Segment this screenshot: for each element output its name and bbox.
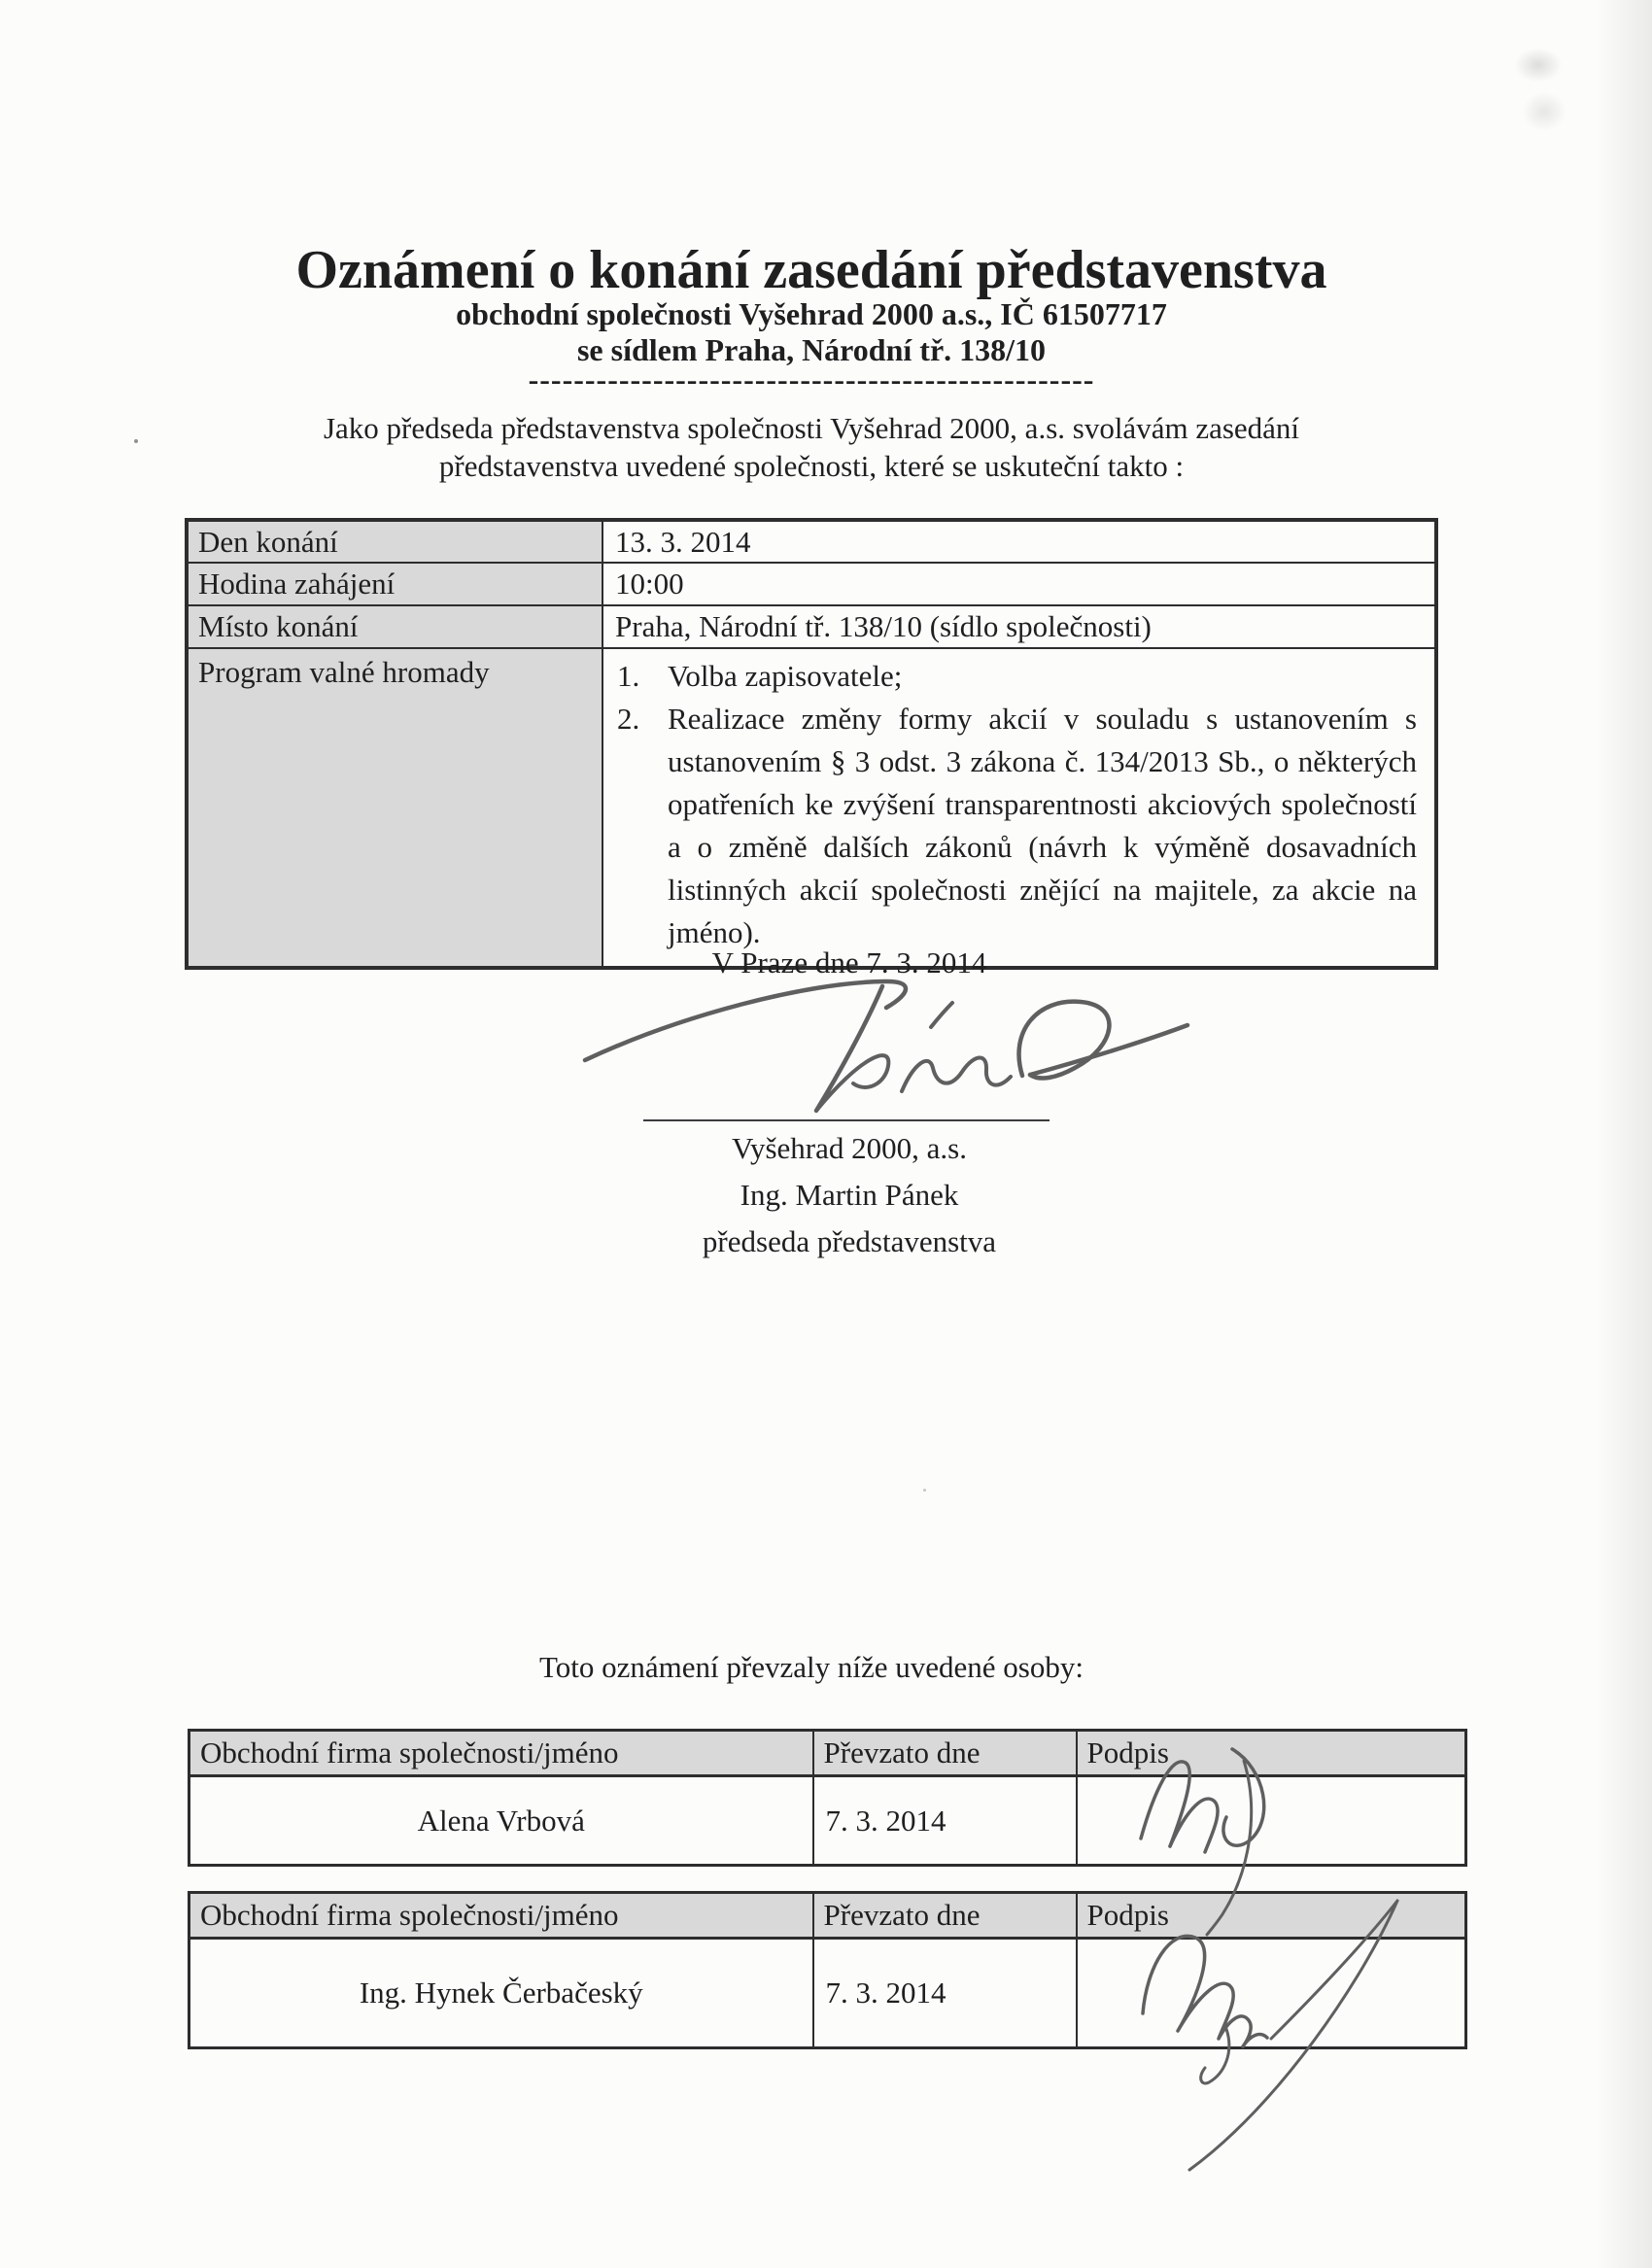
- place-date-line: V Praze dne 7. 3. 2014: [223, 945, 1476, 980]
- receive-date: 7. 3. 2014: [813, 1939, 1077, 2048]
- row-value-time: 10:00: [602, 563, 1436, 605]
- program-item-1: 1. Volba zapisovatele;: [617, 655, 1417, 698]
- document-subtitle-company: obchodní společnosti Vyšehrad 2000 a.s.,…: [185, 296, 1438, 331]
- row-value-place: Praha, Národní tř. 138/10 (sídlo společn…: [602, 605, 1436, 648]
- signature-name: Ing. Martin Pánek: [223, 1178, 1476, 1213]
- signature-cell: [1077, 1776, 1466, 1866]
- scan-smudge: [1512, 84, 1576, 140]
- table-row-time: Hodina zahájení 10:00: [187, 563, 1436, 605]
- col-header-company: Obchodní firma společnosti/jméno: [189, 1893, 813, 1939]
- scanned-document: Oznámení o konání zasedání představenstv…: [0, 0, 1652, 2268]
- col-header-date: Převzato dne: [813, 1893, 1077, 1939]
- receiver-name: Alena Vrbová: [189, 1776, 813, 1866]
- scan-edge-shadow: [1596, 0, 1652, 2268]
- receipts-heading: Toto oznámení převzaly níže uvedené osob…: [185, 1650, 1438, 1685]
- col-header-date: Převzato dne: [813, 1731, 1077, 1776]
- col-header-signature: Podpis: [1077, 1893, 1466, 1939]
- signature-line: [643, 1119, 1050, 1121]
- row-label-day: Den konání: [187, 520, 602, 563]
- signature-company: Vyšehrad 2000, a.s.: [223, 1131, 1476, 1166]
- ink-speck: [134, 439, 138, 443]
- row-value-day: 13. 3. 2014: [602, 520, 1436, 563]
- receipt-data-row: Ing. Hynek Čerbačeský 7. 3. 2014: [189, 1939, 1466, 2048]
- receiver-name: Ing. Hynek Čerbačeský: [189, 1939, 813, 2048]
- col-header-company: Obchodní firma společnosti/jméno: [189, 1731, 813, 1776]
- intro-line-2: představenstva uvedené společnosti, kter…: [185, 447, 1438, 485]
- receipt-data-row: Alena Vrbová 7. 3. 2014: [189, 1776, 1466, 1866]
- program-list: 1. Volba zapisovatele; 2. Realizace změn…: [602, 648, 1436, 968]
- program-item-2: 2. Realizace změny formy akcií v souladu…: [617, 698, 1417, 954]
- handwritten-signature-chairman: [573, 967, 1195, 1122]
- program-item-text: Realizace změny formy akcií v souladu s …: [668, 698, 1417, 954]
- signature-role: předseda představenstva: [223, 1224, 1476, 1259]
- row-label-time: Hodina zahájení: [187, 563, 602, 605]
- dashed-divider: ----------------------------------------…: [185, 361, 1438, 396]
- row-label-place: Místo konání: [187, 605, 602, 648]
- receipt-table-1: Obchodní firma společnosti/jméno Převzat…: [188, 1729, 1467, 1867]
- col-header-signature: Podpis: [1077, 1731, 1466, 1776]
- signature-cell: [1077, 1939, 1466, 2048]
- program-item-text: Volba zapisovatele;: [668, 655, 1417, 698]
- receipt-header-row: Obchodní firma společnosti/jméno Převzat…: [189, 1731, 1466, 1776]
- table-row-place: Místo konání Praha, Národní tř. 138/10 (…: [187, 605, 1436, 648]
- document-title: Oznámení o konání zasedání představenstv…: [185, 241, 1438, 299]
- intro-line-1: Jako předseda představenstva společnosti…: [185, 409, 1438, 447]
- ink-speck: [923, 1489, 926, 1492]
- receipt-table-2: Obchodní firma společnosti/jméno Převzat…: [188, 1891, 1467, 2049]
- intro-paragraph: Jako předseda představenstva společnosti…: [185, 409, 1438, 485]
- receive-date: 7. 3. 2014: [813, 1776, 1077, 1866]
- table-row-day: Den konání 13. 3. 2014: [187, 520, 1436, 563]
- program-item-number: 2.: [617, 698, 668, 954]
- scan-smudge: [1504, 41, 1572, 89]
- receipt-header-row: Obchodní firma společnosti/jméno Převzat…: [189, 1893, 1466, 1939]
- program-item-number: 1.: [617, 655, 668, 698]
- meeting-details-table: Den konání 13. 3. 2014 Hodina zahájení 1…: [185, 518, 1438, 970]
- table-row-program: Program valné hromady 1. Volba zapisovat…: [187, 648, 1436, 968]
- row-label-program: Program valné hromady: [187, 648, 602, 968]
